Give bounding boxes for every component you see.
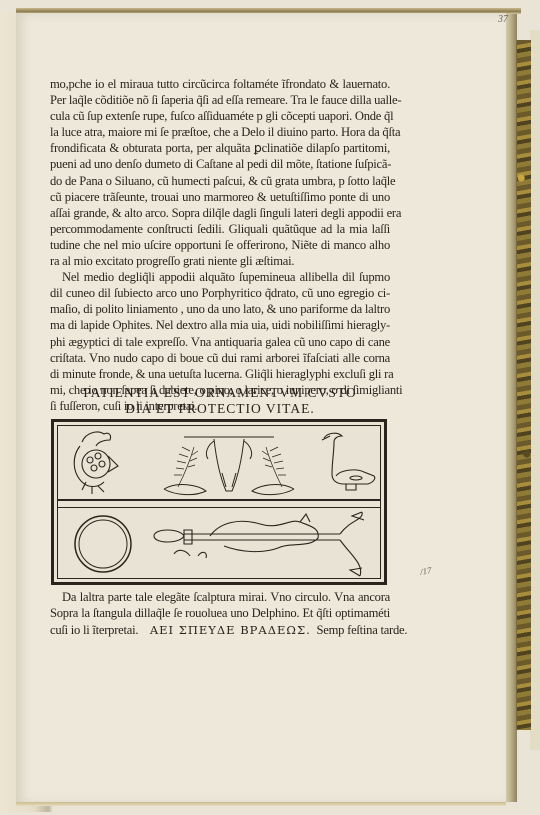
text-line: pueni ad uno denſo dumeto di Caſtane al … [50,156,390,172]
woodcut-illustration [51,419,387,585]
text-line: criſtata. Vno nudo capo di boue cũ dui r… [50,350,390,366]
page-bottom-edge [16,802,506,806]
text-line: ma di lapide Ophites. Nel dextro alla mi… [50,317,390,333]
caption-line: Da laltra parte tale elegãte ſcalptura m… [50,589,390,605]
text-line: phi ægyptici di tale expreſſo. Vna antiq… [50,334,390,350]
motto-line: DIA ET PROTECTIO VITAE. [50,401,390,417]
text-line: cula cũ ſup extenſe rupe, fuſco aſſiduam… [50,108,390,124]
lamp-bird-icon [316,428,380,496]
text-line: frondificata & obturata porta, per alquã… [50,140,390,156]
marbled-board [516,40,531,730]
text-line: percommodamente conſtructi ſedili. Gliqu… [50,221,390,237]
text-line: Nel medio degliq̃li appodii alquãto ſupe… [50,269,390,285]
text-line: ra al mio excitato progreſſo grati nient… [50,253,390,269]
text-line: dil cuneo dil ſubiecto arco uno Porphyri… [50,285,390,301]
pencil-marginal-note: /17 [419,565,432,577]
text-line: tudine che nel mio uſcire opportuni ſe o… [50,237,390,253]
motto-heading: PATIENTIA EST ORNAMENTVM CVSTO DIA ET PR… [50,385,390,417]
text-line: di minute fronde, & una uetuſta lucerna.… [50,366,390,382]
caption-line: cuſi io li ĩterpretai. ΑΕΙ ΣΠΕΥΔΕ ΒΡΑΔΕΩ… [50,622,390,638]
book-board-outer [530,30,540,750]
text-line: maſio, di polito liniamento , uno da uno… [50,301,390,317]
folio-number: 37 [498,14,508,25]
anchor-dolphin-icon [150,508,376,580]
circle-icon [72,511,134,577]
greek-motto: ΑΕΙ ΣΠΕΥΔΕ ΒΡΑΔΕΩΣ. [150,623,311,637]
caption-text: cuſi io li ĩterpretai. [50,623,138,637]
caption-line: Sopra la ſtangula dillaq̃le ſe rouoluea … [50,605,390,621]
helmet-dog-head-icon [68,428,130,496]
woodcut-caption: Da laltra parte tale elegãte ſcalptura m… [50,589,390,638]
text-line: do de Pana o Siluano, cũ humecti paſcui,… [50,173,390,189]
ox-skull-branches-icon [154,427,304,497]
body-text: mo,pche io el miraua tutto circũcirca fo… [50,76,390,414]
text-line: la luce atra, maiore mi ſe præſtoe, che … [50,124,390,140]
motto-line: PATIENTIA EST ORNAMENTVM CVSTO [50,385,390,401]
latin-motto: Semp feſtina tarde. [317,623,408,637]
text-line: cũ piacere trãſeunte, trouai uno marmore… [50,189,390,205]
text-line: Per laq̃le cõditiõe nõ ſi ſaperia q̃ſi a… [50,92,390,108]
woodcut-divider [57,499,381,508]
text-line: aſſai grande, & alto arco. Sopra dilq̃le… [50,205,390,221]
text-line: mo,pche io el miraua tutto circũcirca fo… [50,76,390,92]
